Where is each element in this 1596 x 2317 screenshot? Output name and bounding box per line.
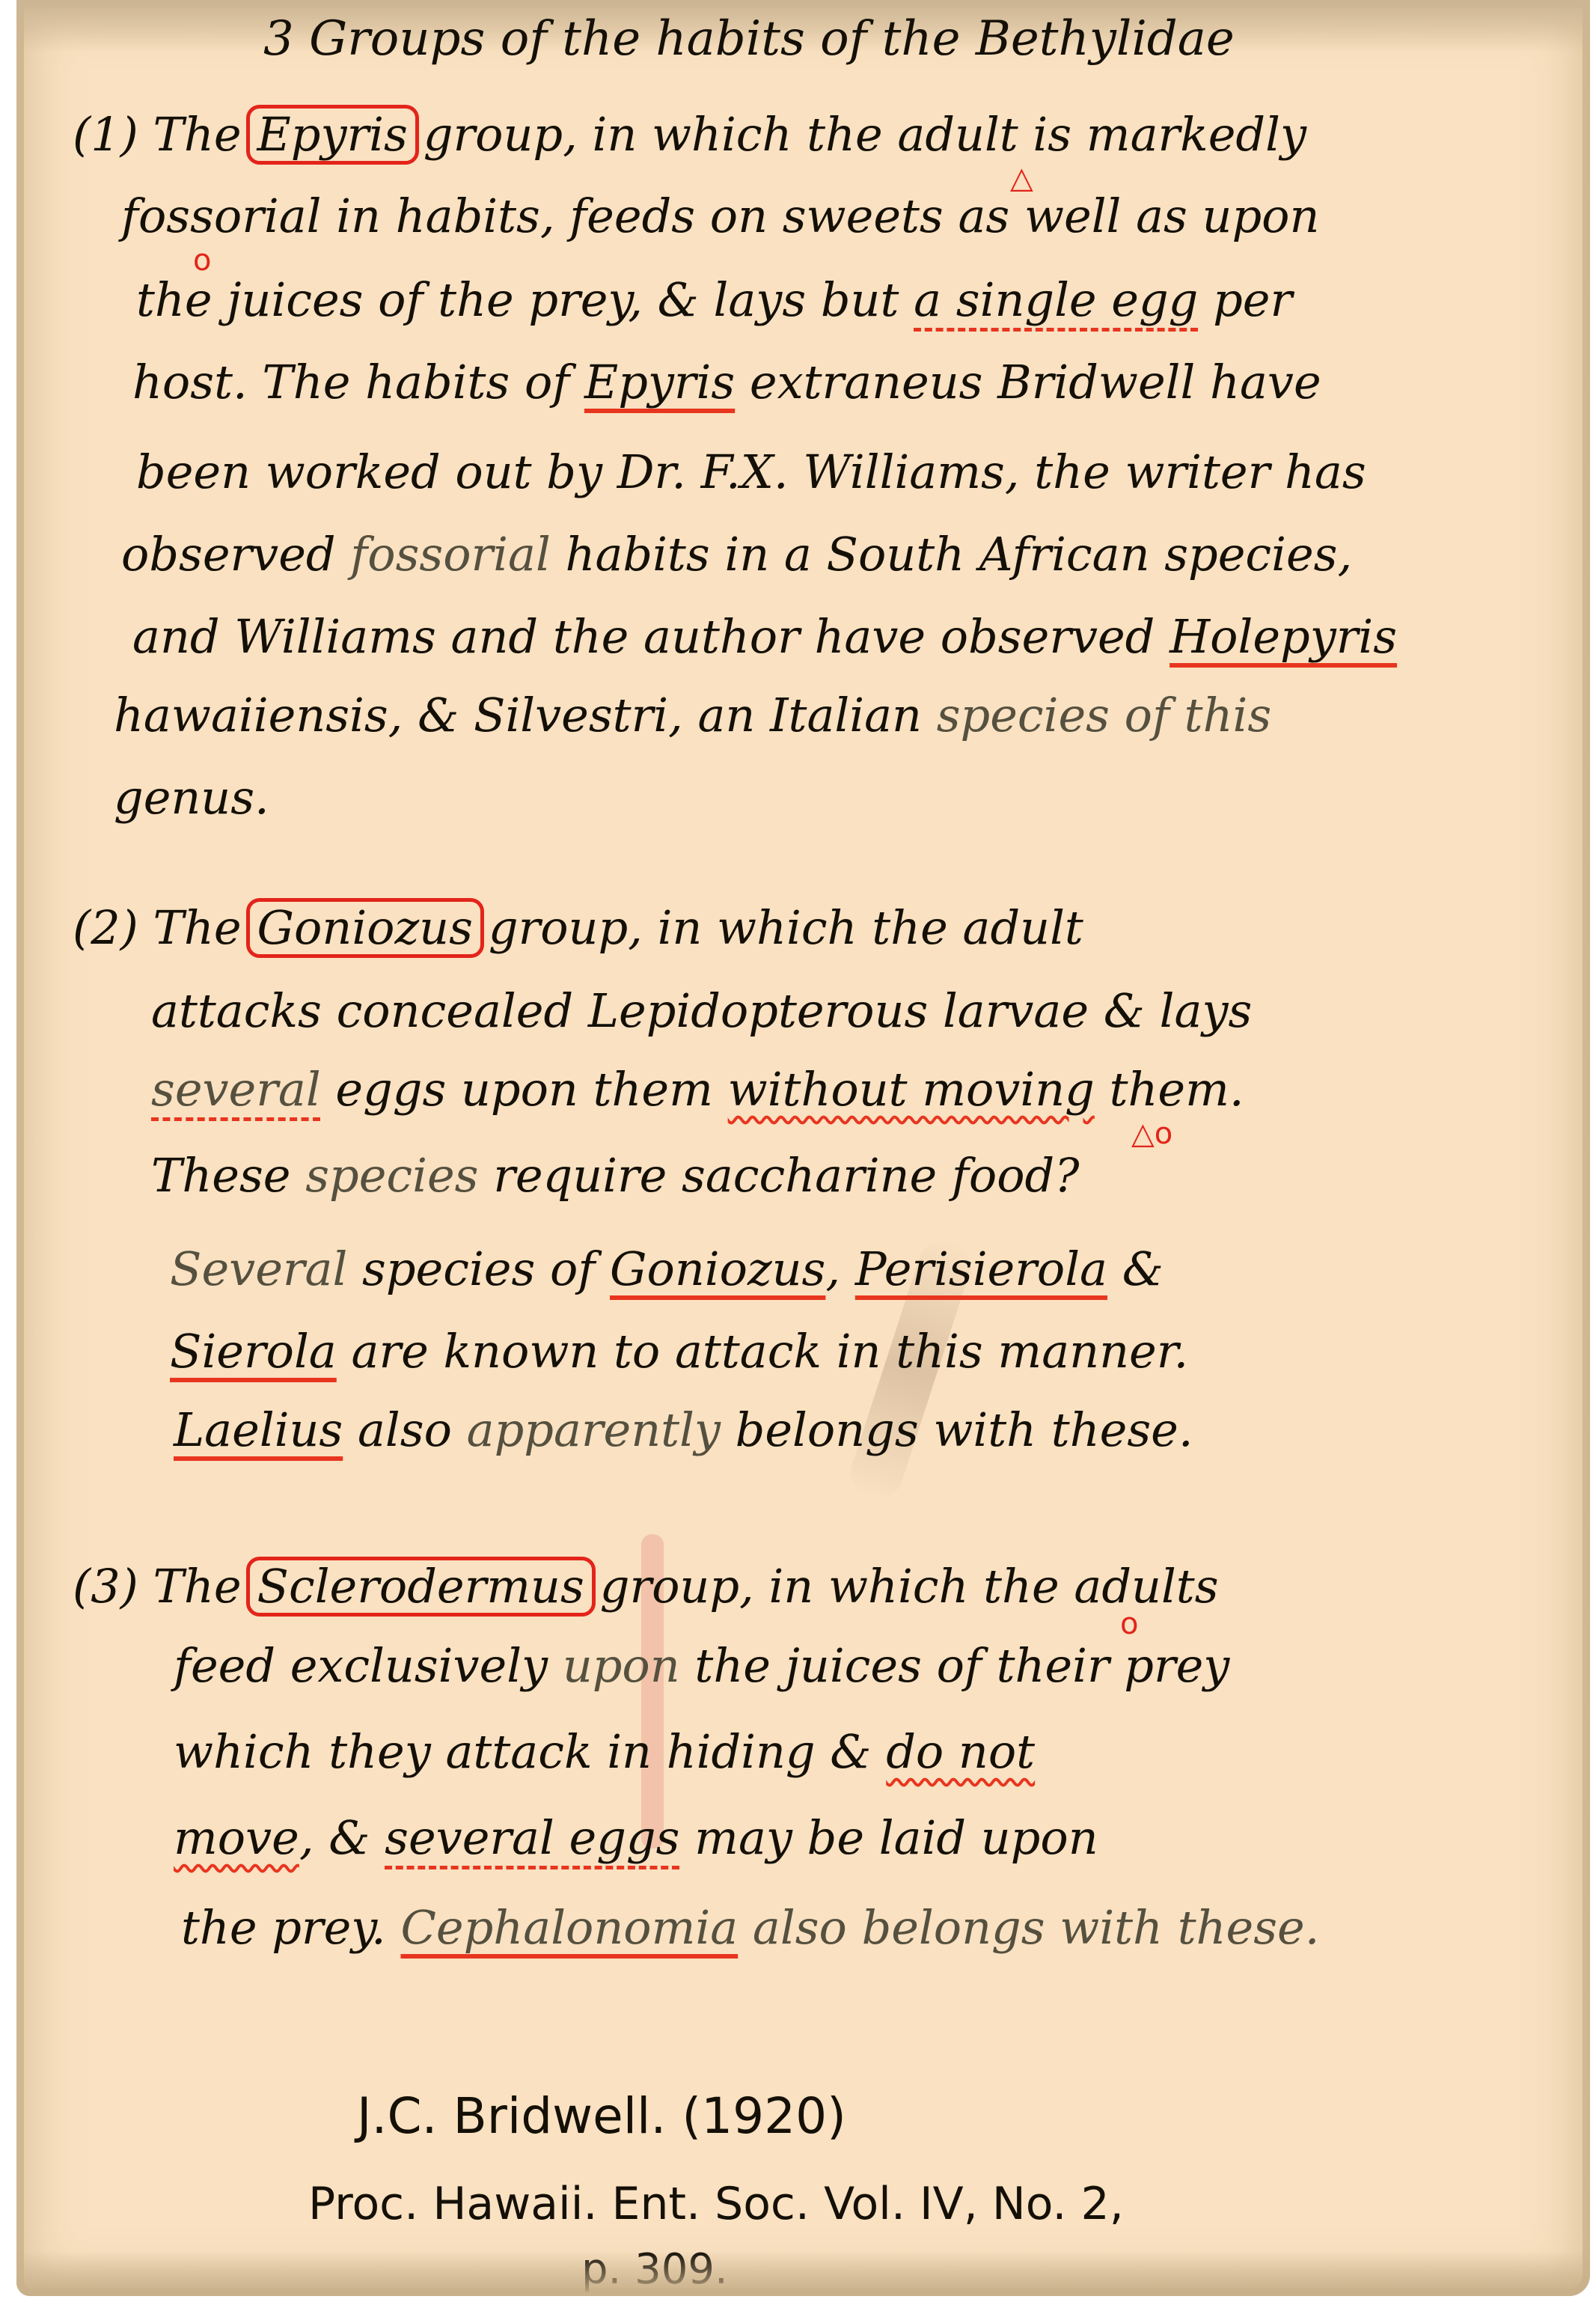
group1-line-5: been worked out by Dr. F.X. Williams, th…	[136, 449, 1366, 495]
group2-line-4: These species require saccharine food?	[151, 1153, 1079, 1199]
underlined-do-not: do not	[886, 1724, 1035, 1779]
underlined-move: move	[174, 1810, 299, 1865]
group2-line-5: Several species of Goniozus, Perisierola…	[170, 1246, 1164, 1292]
circle-mark-2: o	[1120, 1609, 1138, 1639]
group2-line-7: Laelius also apparently belongs with the…	[174, 1407, 1193, 1453]
group1-line-2: fossorial in habits, feeds on sweets as …	[121, 193, 1319, 239]
group2-line-6: Sierola are known to attack in this mann…	[170, 1328, 1188, 1375]
underlined-holepyris: Holepyris	[1170, 609, 1397, 664]
group1-genus-boxed: Epyris	[246, 105, 419, 165]
underlined-perisierola: Perisierola	[855, 1242, 1107, 1296]
underlined-goniozus: Goniozus	[610, 1242, 825, 1296]
underlined-sierola: Sierola	[170, 1324, 337, 1379]
note-card: 3 Groups of the habits of the Bethylidae…	[16, 0, 1590, 2296]
underlined-several-eggs: several eggs	[385, 1810, 679, 1865]
group3-number: (3)	[73, 1559, 138, 1614]
citation-author: J.C. Bridwell. (1920)	[357, 2092, 846, 2141]
group2-number: (2)	[73, 900, 138, 955]
citation-page: p. 309.	[581, 2249, 728, 2291]
group2-line-1: (2) TheGoniozusgroup, in which the adult	[73, 898, 1083, 958]
group1-number: (1)	[73, 107, 138, 162]
underlined-several: several	[151, 1062, 321, 1117]
underlined-single-egg: a single egg	[914, 272, 1198, 327]
underlined-laelius: Laelius	[174, 1402, 343, 1457]
group2-line-3: several eggs upon them without moving th…	[151, 1066, 1244, 1113]
group3-line-5: the prey. Cephalonomia also belongs with…	[181, 1905, 1319, 1951]
underlined-without-moving: without moving	[728, 1062, 1095, 1117]
page-title: 3 Groups of the habits of the Bethylidae	[263, 15, 1235, 63]
group2-genus-boxed: Goniozus	[246, 898, 484, 958]
citation-journal: Proc. Hawaii. Ent. Soc. Vol. IV, No. 2,	[308, 2182, 1124, 2226]
group3-genus-boxed: Sclerodermus	[246, 1557, 596, 1617]
group1-line-6: observed fossorial habits in a South Afr…	[121, 531, 1352, 578]
group3-line-1: (3) TheSclerodermusgroup, in which the a…	[73, 1557, 1219, 1617]
group2-line-2: attacks concealed Lepidopterous larvae &…	[151, 988, 1252, 1034]
group1-line-7: and Williams and the author have observe…	[132, 614, 1397, 660]
group1-line-4: host. The habits of Epyris extraneus Bri…	[132, 359, 1321, 406]
underlined-epyris: Epyris	[584, 355, 735, 409]
circle-mark: o	[193, 245, 211, 275]
underlined-cephalonomia: Cephalonomia	[400, 1900, 738, 1955]
group3-line-2: feed exclusively upon the juices of thei…	[174, 1643, 1229, 1689]
group1-line-8: hawaiiensis, & Silvestri, an Italian spe…	[114, 692, 1271, 739]
group3-line-4: move, & several eggs may be laid upon	[174, 1815, 1098, 1861]
group1-line-1: (1) TheEpyrisgroup, in which the adult i…	[73, 105, 1306, 165]
triangle-circle-mark: △o	[1131, 1119, 1172, 1149]
group1-line-9: genus.	[114, 775, 269, 821]
group3-line-3: which they attack in hiding & do not	[174, 1729, 1035, 1775]
group1-line-3: the juices of the prey, & lays but a sin…	[136, 277, 1292, 323]
